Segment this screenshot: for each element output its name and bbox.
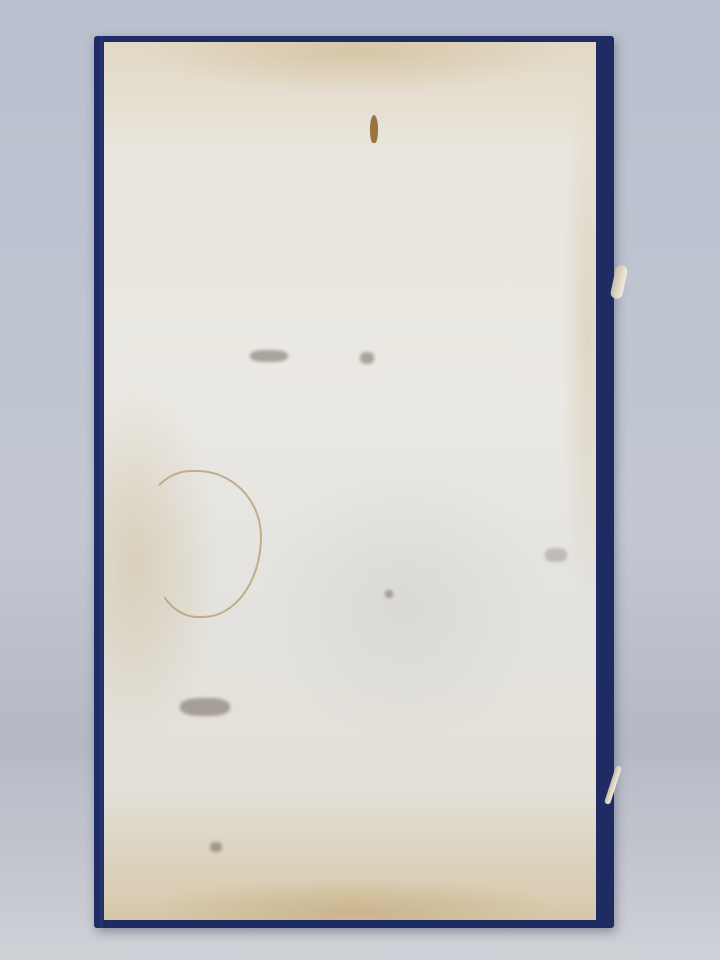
drip-stain (370, 115, 378, 143)
smudge (385, 590, 393, 598)
smudge (210, 842, 222, 852)
photo-scene (0, 0, 720, 960)
smudge (545, 548, 567, 562)
smudge (360, 352, 374, 364)
smudge (180, 698, 230, 716)
smudge (250, 350, 288, 362)
